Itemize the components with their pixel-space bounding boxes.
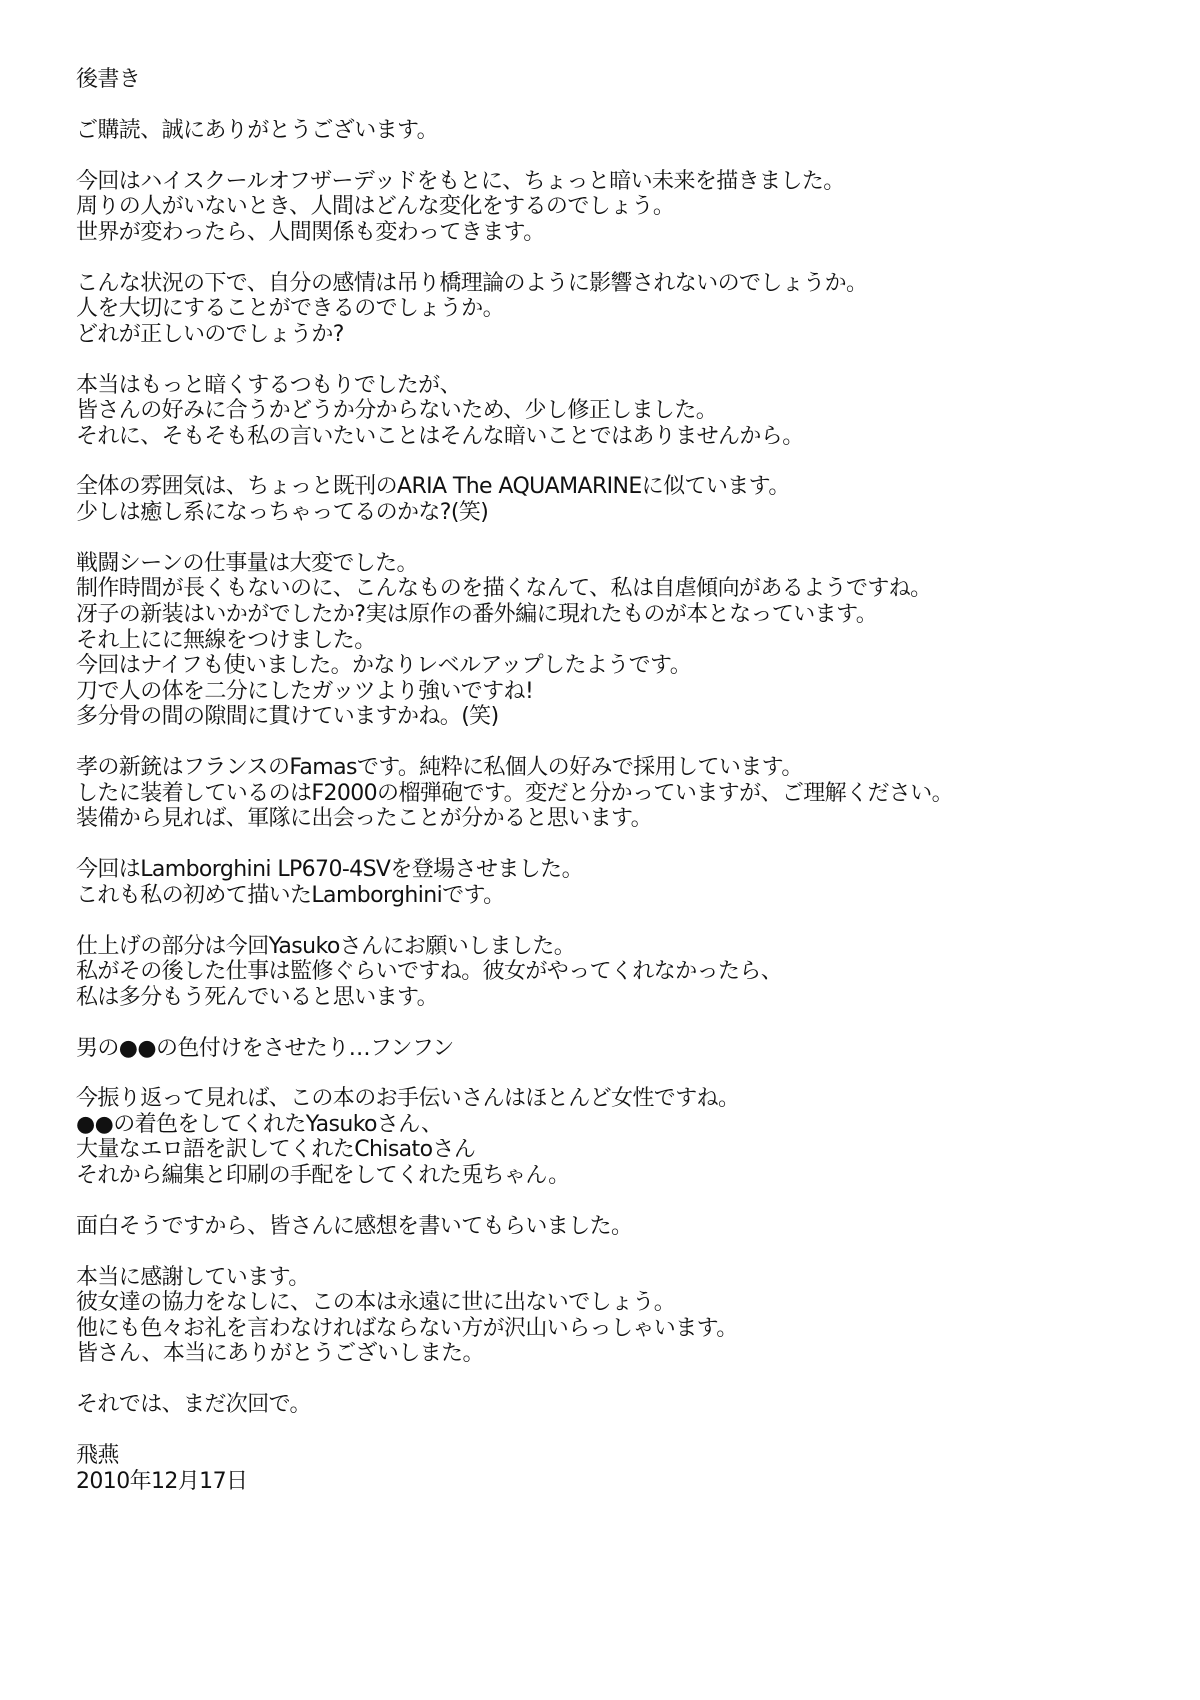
- text-line: 孝の新銃はフランスのFamasです。純粋に私個人の好みで採用しています。: [76, 755, 1156, 781]
- text-line: ご購読、誠にありがとうございます。: [76, 118, 1156, 144]
- text-line: 彼女達の協力をなしに、この本は永遠に世に出ないでしょう。: [76, 1290, 1156, 1316]
- text-line: それ上にに無線をつけました。: [76, 628, 1156, 654]
- paragraph-story-intro: 今回はハイスクールオフザーデッドをもとに、ちょっと暗い未来を描きました。 周りの…: [76, 169, 1156, 246]
- afterword-page: 後書き ご購読、誠にありがとうございます。 今回はハイスクールオフザーデッドをも…: [76, 67, 1156, 1494]
- afterword-title-block: 後書き: [76, 67, 1156, 93]
- paragraph-impressions: 面白そうですから、皆さんに感想を書いてもらいました。: [76, 1214, 1156, 1240]
- paragraph-atmosphere: 全体の雰囲気は、ちょっと既刊のARIA The AQUAMARINEに似ています…: [76, 474, 1156, 525]
- text-line: それに、そもそも私の言いたいことはそんな暗いことではありませんから。: [76, 424, 1156, 450]
- text-line: 刀で人の体を二分にしたガッツより強いですね!: [76, 679, 1156, 705]
- paragraph-tone: 本当はもっと暗くするつもりでしたが、 皆さんの好みに合うかどうか分からないため、…: [76, 373, 1156, 450]
- text-line: 多分骨の間の隙間に貫けていますかね。(笑): [76, 704, 1156, 730]
- text-line: 本当に感謝しています。: [76, 1265, 1156, 1291]
- paragraph-car: 今回はLamborghini LP670-4SVを登場させました。 これも私の初…: [76, 857, 1156, 908]
- text-line: 全体の雰囲気は、ちょっと既刊のARIA The AQUAMARINEに似ています…: [76, 474, 1156, 500]
- paragraph-weapons: 孝の新銃はフランスのFamasです。純粋に私個人の好みで採用しています。 したに…: [76, 755, 1156, 832]
- text-line: 皆さん、本当にありがとうございしまた。: [76, 1341, 1156, 1367]
- text-line: 少しは癒し系になっちゃってるのかな?(笑): [76, 500, 1156, 526]
- text-line: 大量なエロ語を訳してくれたChisatoさん: [76, 1137, 1156, 1163]
- signature-block: 飛燕 2010年12月17日: [76, 1443, 1156, 1494]
- text-line: 装備から見れば、軍隊に出会ったことが分かると思います。: [76, 806, 1156, 832]
- text-line: 私は多分もう死んでいると思います。: [76, 985, 1156, 1011]
- text-line: 本当はもっと暗くするつもりでしたが、: [76, 373, 1156, 399]
- text-line: 冴子の新装はいかがでしたか?実は原作の番外編に現れたものが本となっています。: [76, 602, 1156, 628]
- signature-date: 2010年12月17日: [76, 1469, 1156, 1495]
- paragraph-farewell: それでは、まだ次回で。: [76, 1392, 1156, 1418]
- text-line: 面白そうですから、皆さんに感想を書いてもらいました。: [76, 1214, 1156, 1240]
- text-line: 制作時間が長くもないのに、こんなものを描くなんて、私は自虐傾向があるようですね。: [76, 576, 1156, 602]
- text-line: こんな状況の下で、自分の感情は吊り橋理論のように影響されないのでしょうか。: [76, 271, 1156, 297]
- text-line: 今回はLamborghini LP670-4SVを登場させました。: [76, 857, 1156, 883]
- paragraph-finishing: 仕上げの部分は今回Yasukoさんにお願いしました。 私がその後した仕事は監修ぐ…: [76, 934, 1156, 1011]
- page-title: 後書き: [76, 67, 1156, 93]
- text-line: どれが正しいのでしょうか?: [76, 322, 1156, 348]
- text-line: 今回はハイスクールオフザーデッドをもとに、ちょっと暗い未来を描きました。: [76, 169, 1156, 195]
- text-line: 男の●●の色付けをさせたり…フンフン: [76, 1036, 1156, 1062]
- paragraph-coloring: 男の●●の色付けをさせたり…フンフン: [76, 1036, 1156, 1062]
- text-line: 人を大切にすることができるのでしょうか。: [76, 296, 1156, 322]
- author-name: 飛燕: [76, 1443, 1156, 1469]
- text-line: 今振り返って見れば、この本のお手伝いさんはほとんど女性ですね。: [76, 1086, 1156, 1112]
- text-line: 私がその後した仕事は監修ぐらいですね。彼女がやってくれなかったら、: [76, 959, 1156, 985]
- text-line: 世界が変わったら、人間関係も変わってきます。: [76, 220, 1156, 246]
- paragraph-questions: こんな状況の下で、自分の感情は吊り橋理論のように影響されないのでしょうか。 人を…: [76, 271, 1156, 348]
- text-line: 皆さんの好みに合うかどうか分からないため、少し修正しました。: [76, 398, 1156, 424]
- text-line: これも私の初めて描いたLamborghiniです。: [76, 883, 1156, 909]
- text-line: 他にも色々お礼を言わなければならない方が沢山いらっしゃいます。: [76, 1316, 1156, 1342]
- paragraph-thanks: ご購読、誠にありがとうございます。: [76, 118, 1156, 144]
- text-line: ●●の着色をしてくれたYasukoさん、: [76, 1112, 1156, 1138]
- text-line: 今回はナイフも使いました。かなりレベルアップしたようです。: [76, 653, 1156, 679]
- text-line: 戦闘シーンの仕事量は大変でした。: [76, 551, 1156, 577]
- text-line: したに装着しているのはF2000の榴弾砲です。変だと分かっていますが、ご理解くだ…: [76, 781, 1156, 807]
- paragraph-helpers: 今振り返って見れば、この本のお手伝いさんはほとんど女性ですね。 ●●の着色をして…: [76, 1086, 1156, 1188]
- text-line: 周りの人がいないとき、人間はどんな変化をするのでしょう。: [76, 194, 1156, 220]
- text-line: それから編集と印刷の手配をしてくれた兎ちゃん。: [76, 1163, 1156, 1189]
- paragraph-battle-scenes: 戦闘シーンの仕事量は大変でした。 制作時間が長くもないのに、こんなものを描くなん…: [76, 551, 1156, 730]
- paragraph-gratitude: 本当に感謝しています。 彼女達の協力をなしに、この本は永遠に世に出ないでしょう。…: [76, 1265, 1156, 1367]
- text-line: それでは、まだ次回で。: [76, 1392, 1156, 1418]
- text-line: 仕上げの部分は今回Yasukoさんにお願いしました。: [76, 934, 1156, 960]
